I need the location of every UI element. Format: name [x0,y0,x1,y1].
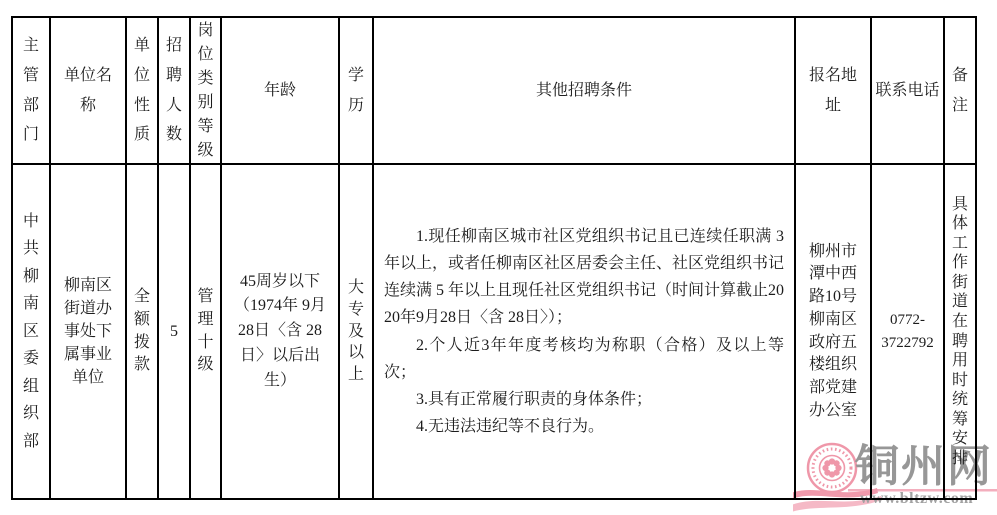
cell-note: 具体工作街道在聘用时统筹安排 [944,164,976,499]
condition-item: 3.具有正常履行职责的身体条件； [384,386,784,413]
cell-headcount: 5 [158,164,190,499]
col-header-age: 年龄 [221,17,339,164]
cell-age: 45周岁以下（1974年 9月28日〈含 28日〉以后出生） [221,164,339,499]
col-header-unit-name: 单位名称 [50,17,126,164]
header-row: 主管部门 单位名称 单位性质 招聘人数 岗位类别等级 年龄 学历 其他招聘条件 … [12,17,976,164]
col-header-note: 备注 [944,17,976,164]
cell-address: 柳州市潭中西路10号柳南区政府五楼组织部党建办公室 [795,164,871,499]
cell-phone: 0772-3722792 [871,164,944,499]
col-header-unit-type: 单位性质 [126,17,158,164]
condition-item: 1.现任柳南区城市社区党组织书记且已连续任职满 3 年以上，或者任柳南区社区居委… [384,223,784,332]
col-header-post-level: 岗位类别等级 [190,17,221,164]
col-header-education: 学历 [339,17,373,164]
cell-other-conditions: 1.现任柳南区城市社区党组织书记且已连续任职满 3 年以上，或者任柳南区社区居委… [373,164,795,499]
condition-item: 2.个人近3年年度考核均为称职（合格）及以上等次； [384,332,784,386]
col-header-other-conditions: 其他招聘条件 [373,17,795,164]
cell-supervisor-dept: 中共柳南区委组织部 [12,164,50,499]
document-sheet: 铜州网 www.bltzw.com 主管部门 单位名称 单位性质 招聘人数 岗位… [0,0,997,515]
cell-unit-type: 全额拨款 [126,164,158,499]
cell-education: 大专及以上 [339,164,373,499]
condition-item: 4.无违法违纪等不良行为。 [384,413,784,440]
col-header-headcount: 招聘人数 [158,17,190,164]
cell-unit-name: 柳南区街道办事处下属事业单位 [50,164,126,499]
col-header-phone: 联系电话 [871,17,944,164]
recruitment-table: 主管部门 单位名称 单位性质 招聘人数 岗位类别等级 年龄 学历 其他招聘条件 … [11,16,977,500]
col-header-address: 报名地址 [795,17,871,164]
col-header-supervisor-dept: 主管部门 [12,17,50,164]
data-row: 中共柳南区委组织部 柳南区街道办事处下属事业单位 全额拨款 5 管理十级 45周… [12,164,976,499]
cell-post-level: 管理十级 [190,164,221,499]
